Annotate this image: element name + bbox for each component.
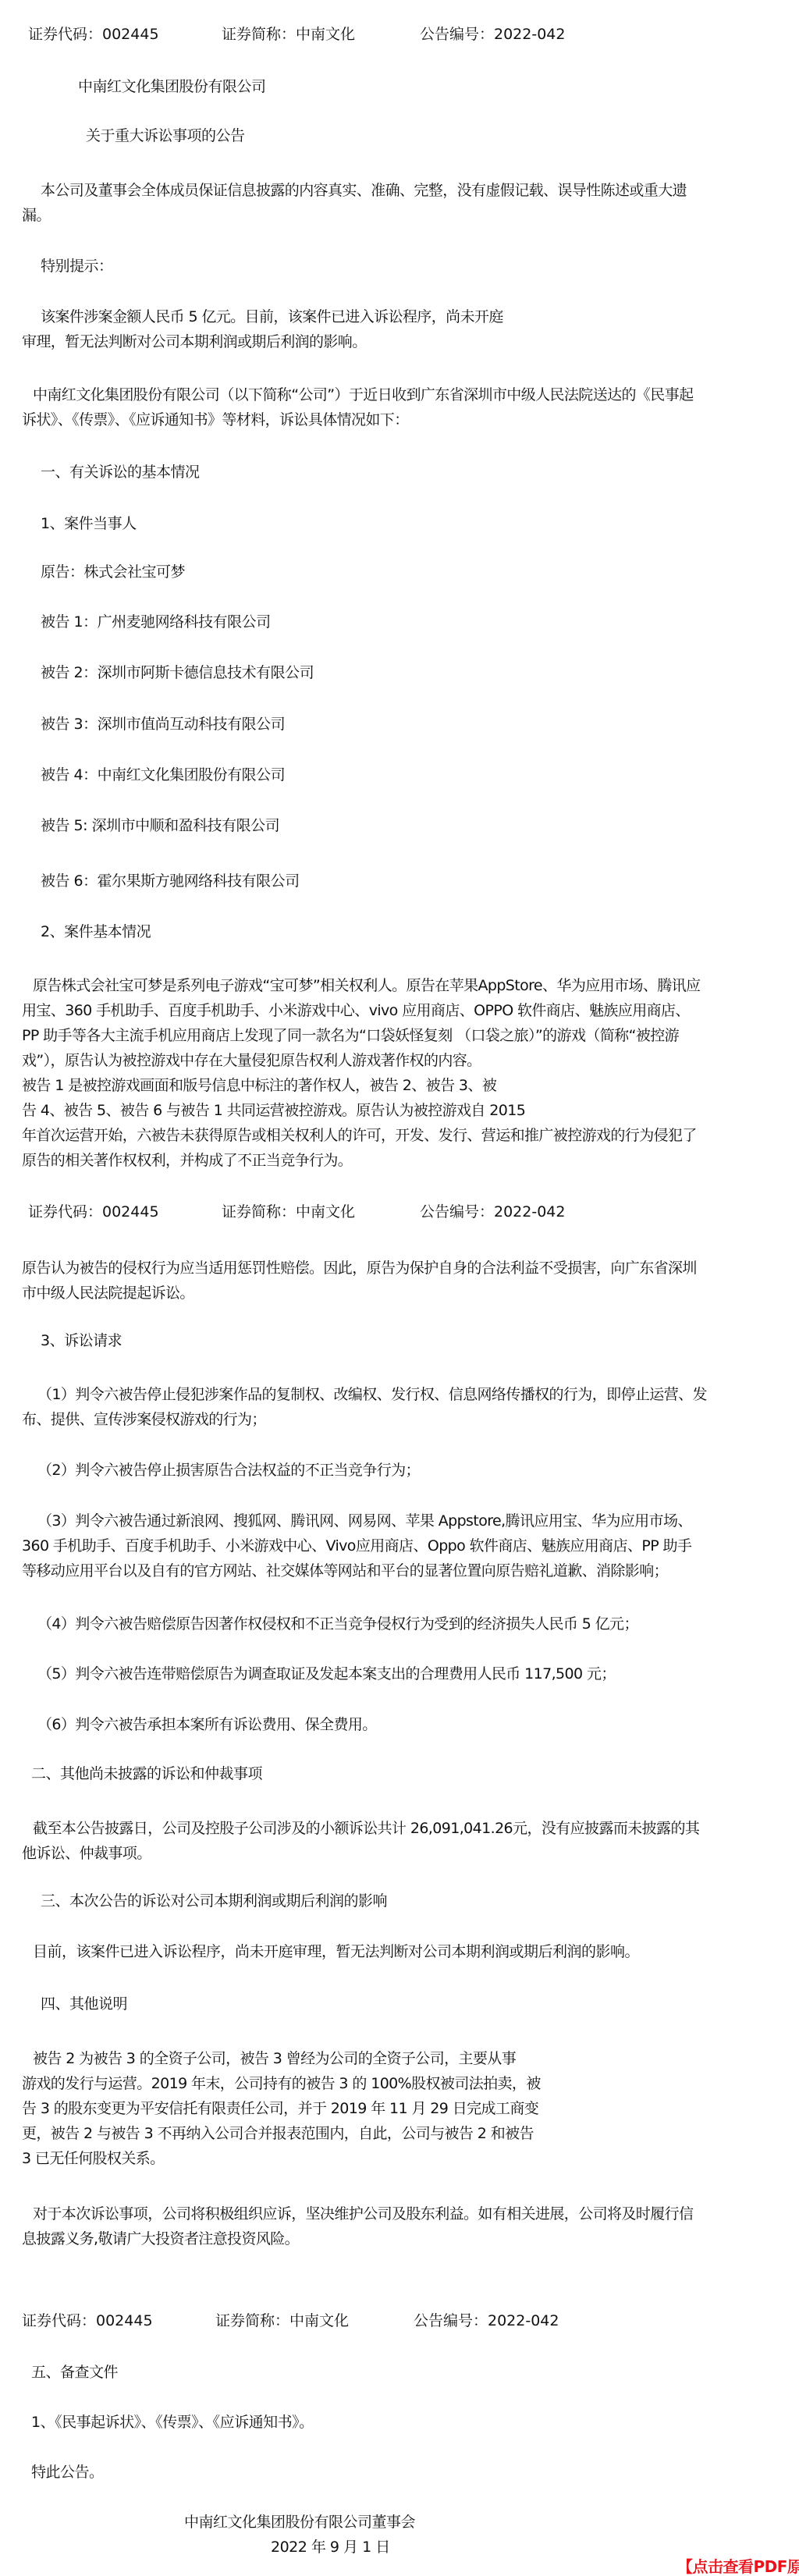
notice-number: 公告编号：2022-042	[420, 1203, 565, 1220]
special-notice-heading: 特别提示：	[41, 258, 113, 275]
security-abbr: 证券简称：中南文化	[222, 1203, 355, 1220]
security-code: 证券代码：002445	[22, 2312, 153, 2329]
other-notes-paragraph: 被告 2 为被告 3 的全资子公司，被告 3 曾经为公司的全资子公司，主要从事 …	[22, 2046, 790, 2171]
other-litigation-paragraph: 截至本公告披露日，公司及控股子公司涉及的小额诉讼共计 26,091,041.26…	[22, 1816, 790, 1866]
intro-paragraph: 中南红文化集团股份有限公司（以下简称“公司”）于近日收到广东省深圳市中级人民法院…	[22, 382, 790, 432]
claims-heading: 3、诉讼请求	[41, 1332, 122, 1349]
basic-facts-paragraph: 原告株式会社宝可梦是系列电子游戏“宝可梦”相关权利人。原告在苹果AppStore…	[22, 973, 790, 1173]
claim-5: （5）判令六被告连带赔偿原告为调查取证及发起本案支出的合理费用人民币 117,5…	[22, 1661, 790, 1686]
response-paragraph: 对于本次诉讼事项，公司将积极组织应诉，坚决维护公司及股东利益。如有相关进展，公司…	[22, 2201, 790, 2251]
section-heading-2: 二、其他尚未披露的诉讼和仲裁事项	[31, 1765, 262, 1782]
board-signature: 中南红文化集团股份有限公司董事会	[184, 2514, 415, 2531]
plaintiff: 原告：株式会社宝可梦	[41, 563, 185, 581]
punitive-damages-paragraph: 原告认为被告的侵权行为应当适用惩罚性赔偿。因此，原告为保护自身的合法利益不受损害…	[22, 1256, 790, 1306]
basic-facts-heading: 2、案件基本情况	[41, 923, 151, 940]
security-code: 证券代码：002445	[28, 1203, 159, 1220]
signature-date: 2022 年 9 月 1 日	[271, 2539, 390, 2556]
defendant-2: 被告 2：深圳市阿斯卡德信息技术有限公司	[41, 664, 314, 681]
page-title: 关于重大诉讼事项的公告	[86, 127, 245, 144]
security-abbr: 证券简称：中南文化	[222, 26, 355, 43]
claim-2: （2）判令六被告停止损害原告合法权益的不正当竞争行为；	[22, 1458, 790, 1483]
profit-impact-paragraph: 目前，该案件已进入诉讼程序，尚未开庭审理，暂无法判断对公司本期利润或期后利润的影…	[33, 1943, 639, 1960]
section-heading-5: 五、备查文件	[31, 2364, 118, 2381]
claim-6: （6）判令六被告承担本案所有诉讼费用、保全费用。	[22, 1712, 790, 1737]
security-code: 证券代码：002445	[28, 26, 159, 43]
claim-4: （4）判令六被告赔偿原告因著作权侵权和不正当竞争侵权行为受到的经济损失人民币 5…	[22, 1611, 790, 1636]
reference-documents: 1、《民事起诉状》、《传票》、《应诉通知书》。	[31, 2414, 314, 2431]
defendant-5: 被告 5: 深圳市中顺和盈科技有限公司	[41, 817, 279, 834]
statement: 本公司及董事会全体成员保证信息披露的内容真实、准确、完整，没有虚假记载、误导性陈…	[22, 178, 790, 228]
special-notice: 该案件涉案金额人民币 5 亿元。目前，该案件已进入诉讼程序，尚未开庭 审理，暂无…	[22, 304, 790, 354]
claim-1: （1）判令六被告停止侵犯涉案作品的复制权、改编权、发行权、信息网络传播权的行为，…	[22, 1382, 790, 1432]
security-abbr: 证券简称：中南文化	[215, 2312, 349, 2329]
parties-heading: 1、案件当事人	[41, 515, 137, 532]
claim-3: （3）判令六被告通过新浪网、搜狐网、腾讯网、网易网、苹果 Appstore,腾讯…	[22, 1508, 790, 1583]
section-heading-1: 一、有关诉讼的基本情况	[41, 464, 200, 481]
defendant-3: 被告 3：深圳市值尚互动科技有限公司	[41, 716, 285, 733]
notice-number: 公告编号：2022-042	[414, 2312, 559, 2329]
notice-number: 公告编号：2022-042	[420, 26, 565, 43]
closing-text: 特此公告。	[31, 2464, 104, 2481]
defendant-4: 被告 4：中南红文化集团股份有限公司	[41, 766, 285, 783]
defendant-6: 被告 6：霍尔果斯方驰网络科技有限公司	[41, 872, 300, 890]
section-heading-4: 四、其他说明	[41, 1995, 127, 2013]
defendant-1: 被告 1：广州麦驰网络科技有限公司	[41, 613, 271, 631]
section-heading-3: 三、本次公告的诉讼对公司本期利润或期后利润的影响	[41, 1892, 387, 1910]
company-name: 中南红文化集团股份有限公司	[78, 78, 266, 95]
view-pdf-link[interactable]: 【点击查看PDF原文】	[677, 2554, 799, 2576]
